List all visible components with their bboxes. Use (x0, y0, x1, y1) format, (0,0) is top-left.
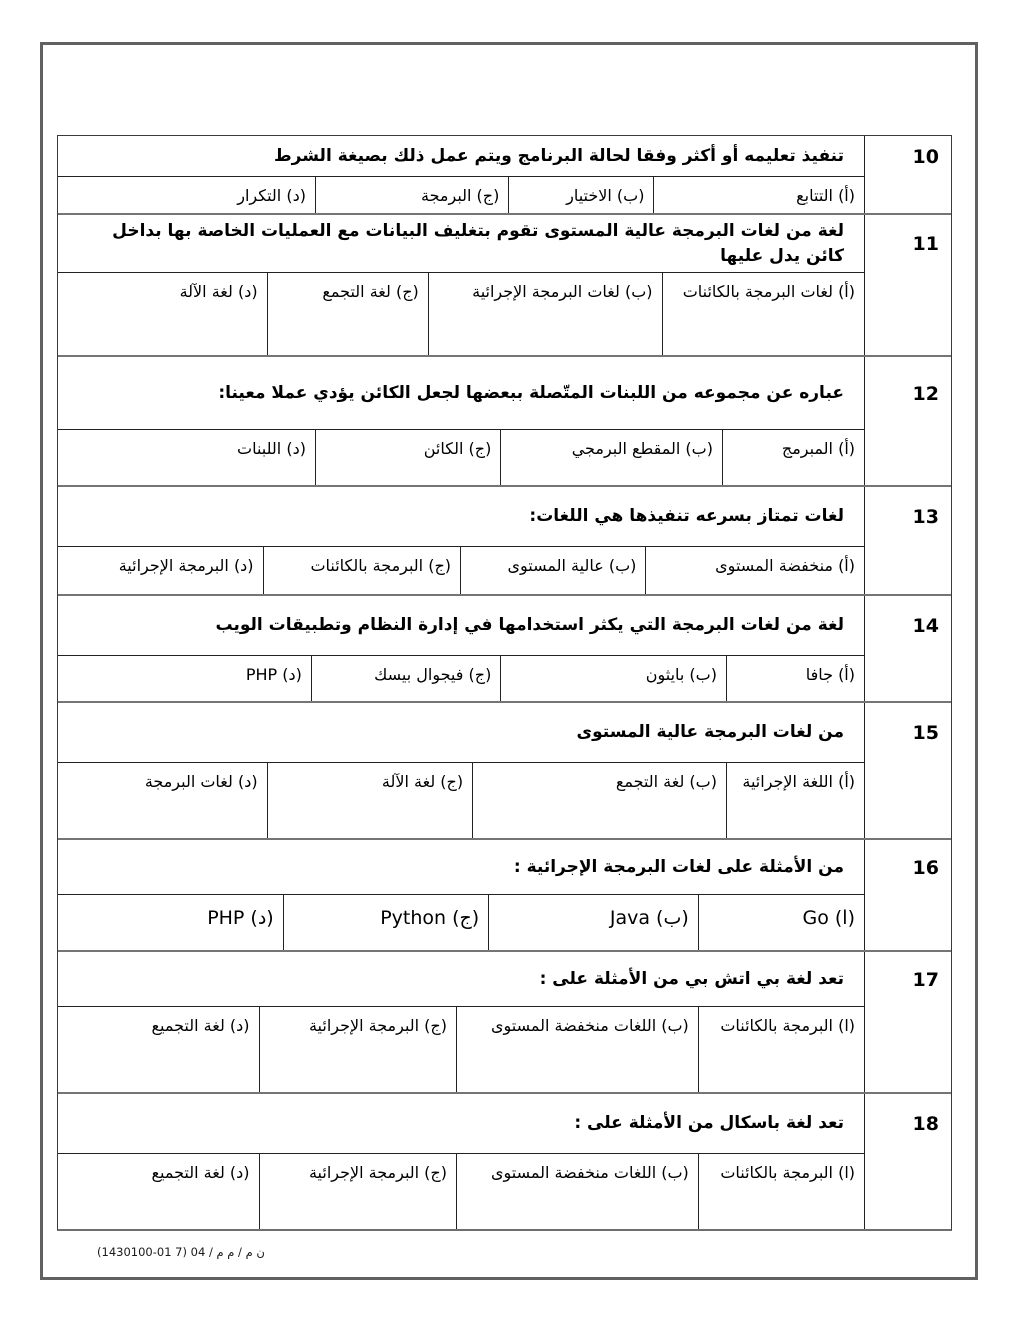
option-c: (ج) البرمجة بالكائنات (264, 547, 461, 594)
option-c: (ج) البرمجة الإجرائية (260, 1007, 457, 1092)
question-group-11: 11 لغة من لغات البرمجة عالية المستوى تقو… (58, 215, 951, 357)
option-b: (ب) الاختيار (509, 177, 654, 213)
option-b: (ب) اللغات منخفضة المستوى (457, 1007, 699, 1092)
option-c: (ج) البرمجة الإجرائية (260, 1154, 457, 1229)
options-row: (أ) جافا (ب) بايثون (ج) فيجوال بيسك (د) … (58, 656, 865, 701)
question-number: 17 (865, 952, 951, 1007)
option-d: (د) التكرار (58, 177, 316, 213)
options-row: (أ) لغات البرمجة بالكائنات (ب) لغات البر… (58, 273, 865, 355)
options-row: (ا) البرمجة بالكائنات (ب) اللغات منخفضة … (58, 1154, 865, 1229)
options-row: (ا) Go (ب) Java (ج) Python (د) PHP (58, 895, 865, 950)
option-b: (ب) لغة التجمع (473, 763, 727, 838)
option-b: (ب) المقطع البرمجي (501, 430, 723, 485)
option-a: (ا) Go (699, 895, 864, 950)
option-c: (ج) Python (284, 895, 490, 950)
options-row: (ا) البرمجة بالكائنات (ب) اللغات منخفضة … (58, 1007, 865, 1092)
option-d: (د) البرمجة الإجرائية (58, 547, 264, 594)
option-a: (ا) البرمجة بالكائنات (699, 1154, 864, 1229)
question-number: 12 (865, 357, 951, 430)
option-d: (د) اللبنات (58, 430, 316, 485)
question-number: 11 (865, 215, 951, 273)
question-group-17: 17 تعد لغة بي اتش بي من الأمثلة على : (ا… (58, 952, 951, 1094)
option-a: (أ) جافا (727, 656, 864, 701)
question-text: تعد لغة باسكال من الأمثلة على : (58, 1094, 865, 1154)
option-d: (د) لغة التجميع (58, 1154, 260, 1229)
option-d: (د) لغة التجميع (58, 1007, 260, 1092)
options-row: (أ) التتابع (ب) الاختيار (ج) البرمجة (د)… (58, 177, 865, 213)
question-group-13: 13 لغات تمتاز بسرعه تنفيذها هي اللغات: (… (58, 487, 951, 596)
question-number: 14 (865, 596, 951, 656)
option-d: (د) لغة الآلة (58, 273, 268, 355)
option-b: (ب) لغات البرمجة الإجرائية (429, 273, 663, 355)
question-number: 18 (865, 1094, 951, 1154)
question-number: 15 (865, 703, 951, 763)
option-d: (د) PHP (58, 656, 312, 701)
option-a: (أ) اللغة الإجرائية (727, 763, 864, 838)
question-text: لغة من لغات البرمجة التي يكثر استخدامها … (58, 596, 865, 656)
document-code: ن م / م م / 04 (7 01-1430100) (43, 1245, 975, 1259)
option-a: (أ) المبرمج (723, 430, 864, 485)
question-text: من لغات البرمجة عالية المستوى (58, 703, 865, 763)
option-c: (ج) البرمجة (316, 177, 509, 213)
option-b: (ب) بايثون (501, 656, 727, 701)
option-b: (ب) Java (489, 895, 699, 950)
option-c: (ج) الكائن (316, 430, 501, 485)
question-number: 10 (865, 136, 951, 177)
question-text: تنفيذ تعليمه أو أكثر وفقا لحالة البرنامج… (58, 136, 865, 177)
option-b: (ب) عالية المستوى (461, 547, 646, 594)
option-d: (د) PHP (58, 895, 284, 950)
question-group-14: 14 لغة من لغات البرمجة التي يكثر استخدام… (58, 596, 951, 703)
option-c: (ج) فيجوال بيسك (312, 656, 501, 701)
question-text: تعد لغة بي اتش بي من الأمثلة على : (58, 952, 865, 1007)
options-row: (أ) اللغة الإجرائية (ب) لغة التجمع (ج) ل… (58, 763, 865, 838)
question-group-12: 12 عباره عن مجموعه من اللبنات المتّصلة ب… (58, 357, 951, 487)
option-b: (ب) اللغات منخفضة المستوى (457, 1154, 699, 1229)
option-a: (أ) التتابع (654, 177, 864, 213)
question-text: لغة من لغات البرمجة عالية المستوى تقوم ب… (58, 215, 865, 273)
question-number: 16 (865, 840, 951, 895)
option-c: (ج) لغة الآلة (268, 763, 474, 838)
page-border: 10 تنفيذ تعليمه أو أكثر وفقا لحالة البرن… (40, 42, 978, 1280)
option-a: (أ) منخفضة المستوى (646, 547, 864, 594)
question-text: من الأمثلة على لغات البرمجة الإجرائية : (58, 840, 865, 895)
options-row: (أ) المبرمج (ب) المقطع البرمجي (ج) الكائ… (58, 430, 865, 485)
question-group-15: 15 من لغات البرمجة عالية المستوى (أ) الل… (58, 703, 951, 840)
option-d: (د) لغات البرمجة (58, 763, 268, 838)
question-text: عباره عن مجموعه من اللبنات المتّصلة ببعض… (58, 357, 865, 430)
question-group-16: 16 من الأمثلة على لغات البرمجة الإجرائية… (58, 840, 951, 952)
question-group-10: 10 تنفيذ تعليمه أو أكثر وفقا لحالة البرن… (58, 136, 951, 215)
question-group-18: 18 تعد لغة باسكال من الأمثلة على : (ا) ا… (58, 1094, 951, 1229)
question-number: 13 (865, 487, 951, 547)
option-a: (أ) لغات البرمجة بالكائنات (663, 273, 865, 355)
question-text: لغات تمتاز بسرعه تنفيذها هي اللغات: (58, 487, 865, 547)
option-a: (ا) البرمجة بالكائنات (699, 1007, 864, 1092)
option-c: (ج) لغة التجمع (268, 273, 429, 355)
questions-table: 10 تنفيذ تعليمه أو أكثر وفقا لحالة البرن… (57, 135, 952, 1231)
options-row: (أ) منخفضة المستوى (ب) عالية المستوى (ج)… (58, 547, 865, 594)
